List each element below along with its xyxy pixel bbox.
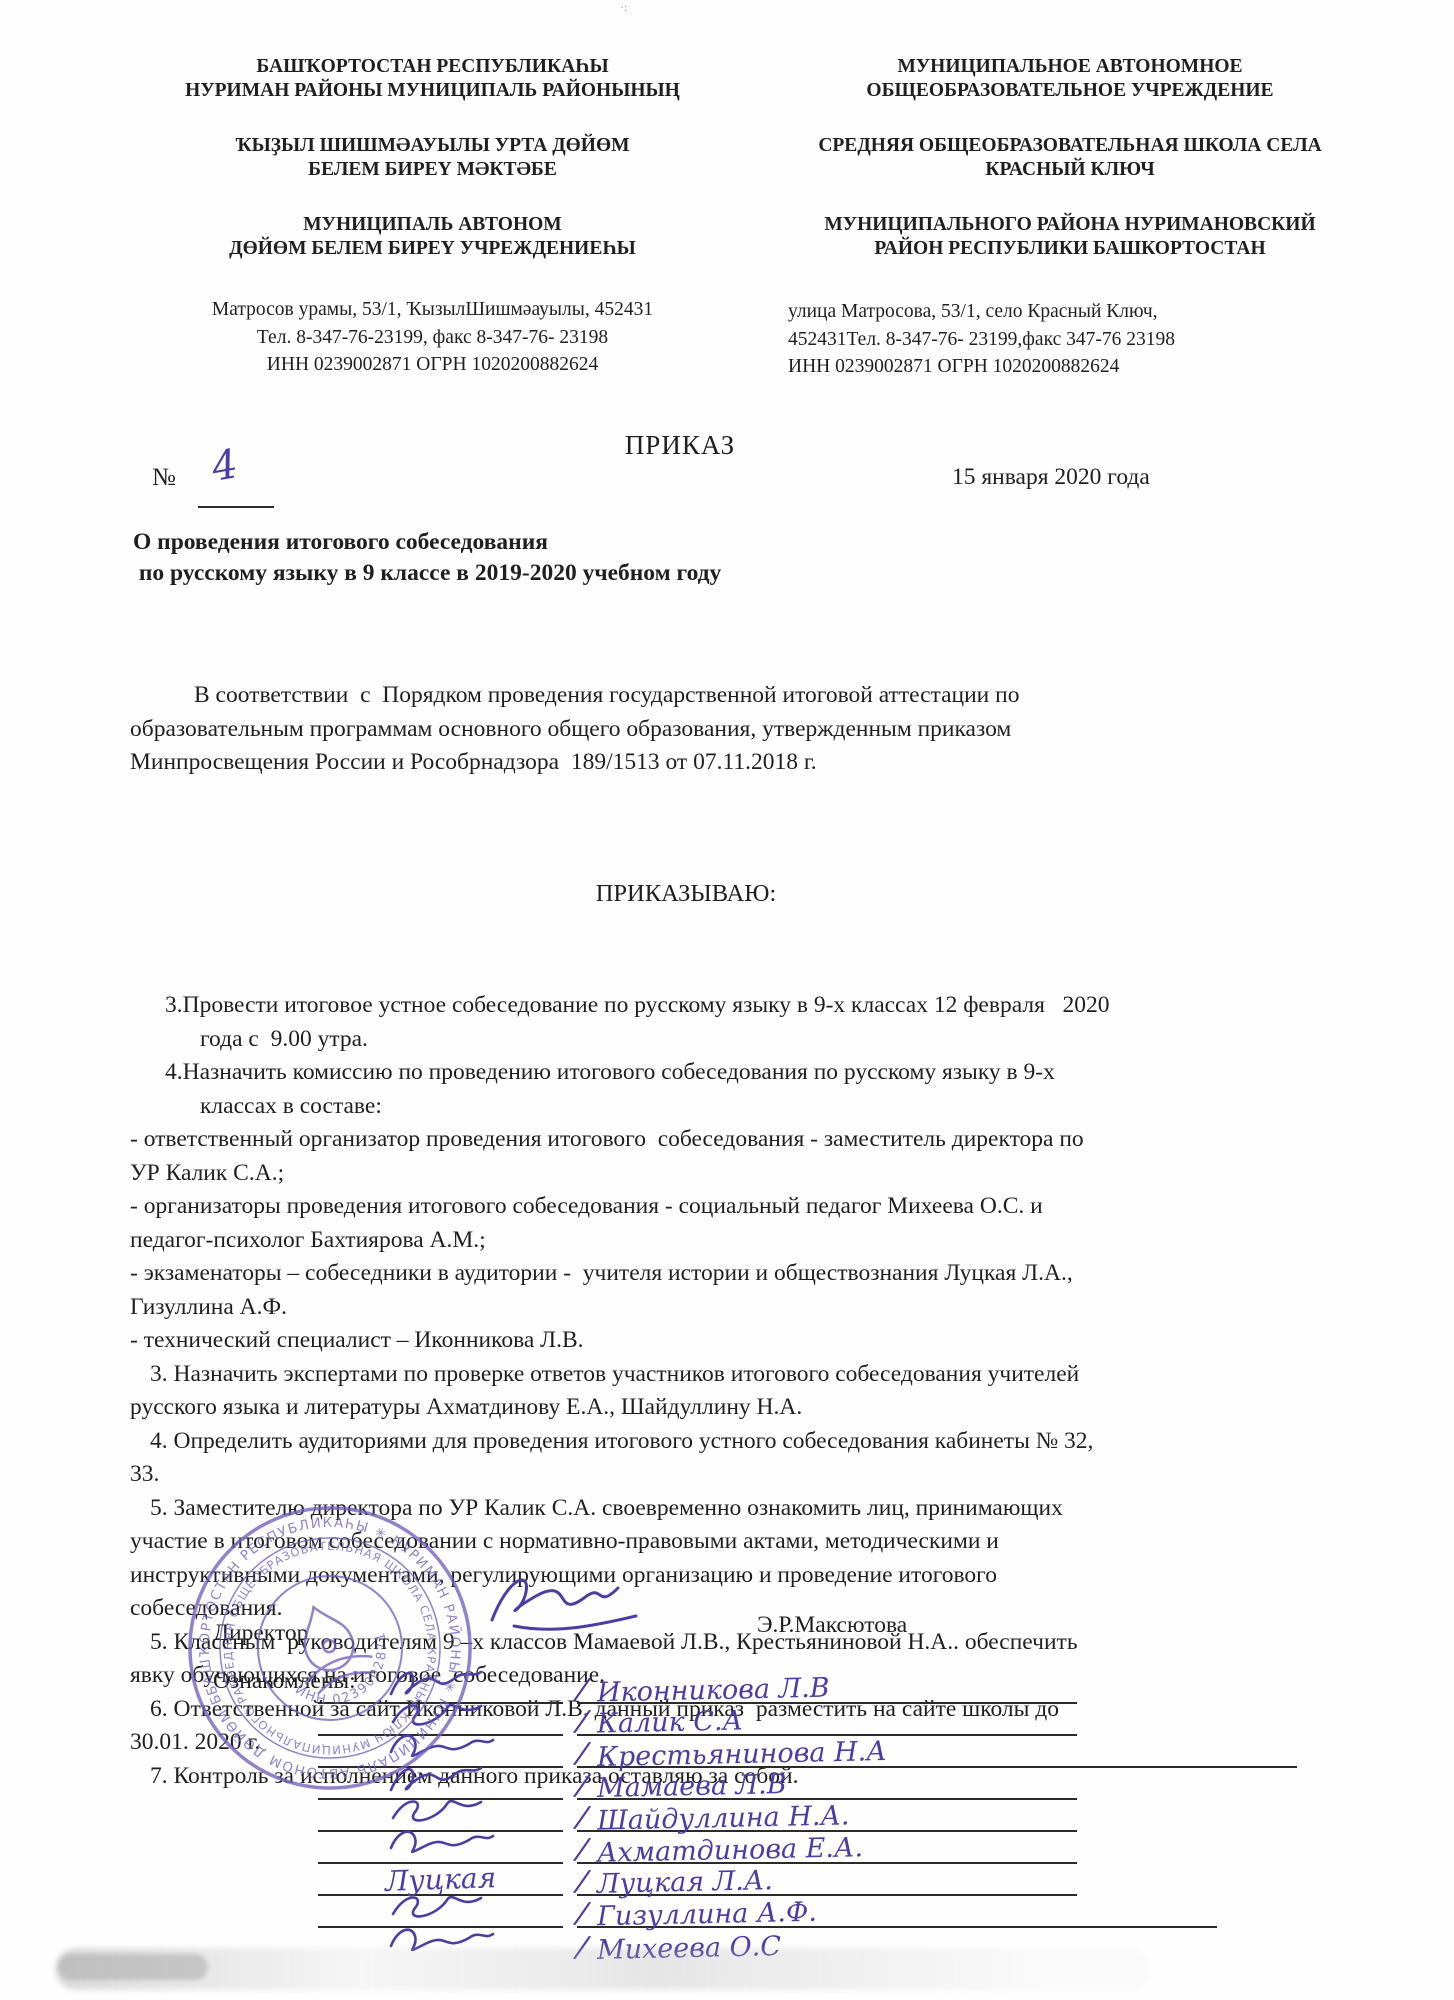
order-subject: О проведения итогового собеседования по … xyxy=(133,527,1033,589)
order-date: 15 января 2020 года xyxy=(952,464,1150,491)
order-intro: В соответствии с Порядком проведения гос… xyxy=(130,679,1382,780)
org-line: МУНИЦИПАЛЬ АВТОНОМ xyxy=(150,213,715,237)
ack-name-cell: /Гизуллина А.Ф. xyxy=(577,1902,1217,1928)
ack-signature-icon xyxy=(318,1824,563,1864)
order-item: - ответственный организатор проведения и… xyxy=(130,1123,1382,1190)
ack-name-cell: /Луцкая Л.А. xyxy=(577,1870,1077,1896)
address-line: ИНН 0239002871 ОГРН 1020200882624 xyxy=(150,351,715,379)
ack-name-cell: /Калик С.А xyxy=(577,1710,1077,1736)
ack-name-cell: /Иконникова Л.В xyxy=(577,1678,1077,1704)
ack-name-cell: /Мамаева Л.В xyxy=(577,1774,1077,1800)
org-line: ДӨЙӨМ БЕЛЕМ БИРЕҮ УЧРЕЖДЕНИЕҺЫ xyxy=(150,237,715,261)
address-line: Тел. 8-347-76-23199, факс 8-347-76- 2319… xyxy=(150,324,715,352)
org-line: МУНИЦИПАЛЬНОГО РАЙОНА НУРИМАНОВСКИЙ xyxy=(770,213,1370,237)
address-line: ИНН 0239002871 ОГРН 1020200882624 xyxy=(788,353,1378,381)
org-line: КРАСНЫЙ КЛЮЧ xyxy=(770,158,1370,182)
order-number-label: № xyxy=(152,464,176,492)
header-org-bashkir: БАШҠОРТОСТАН РЕСПУБЛИКАҺЫ НУРИМАН РАЙОНЫ… xyxy=(150,55,715,261)
order-item: - экзаменаторы – собеседники в аудитории… xyxy=(130,1257,1382,1324)
address-line: Матросов урамы, 53/1, ҠызылШишмәауылы, 4… xyxy=(150,296,715,324)
address-line: улица Матросова, 53/1, село Красный Ключ… xyxy=(788,298,1378,326)
org-line: СРЕДНЯЯ ОБЩЕОБРАЗОВАТЕЛЬНАЯ ШКОЛА СЕЛА xyxy=(770,134,1370,158)
ack-name-cell: /Ахматдинова Е.А. xyxy=(577,1838,1077,1864)
ack-row: /Шайдуллина Н.А. xyxy=(130,1800,1370,1832)
ack-name: Луцкая Л.А. xyxy=(597,1868,773,1898)
address-russian: улица Матросова, 53/1, село Красный Ключ… xyxy=(788,298,1378,381)
ack-separator: / xyxy=(575,1869,588,1894)
ack-separator: / xyxy=(575,1773,588,1798)
ack-row: /Иконникова Л.В xyxy=(130,1672,1370,1704)
ack-name: Шайдуллина Н.А. xyxy=(597,1803,850,1834)
org-line: РАЙОН РЕСПУБЛИКИ БАШКОРТОСТАН xyxy=(770,237,1370,261)
order-item: - организаторы проведения итогового собе… xyxy=(130,1190,1382,1257)
org-line: БЕЛЕМ БИРЕҮ МӘКТӘБЕ xyxy=(150,158,715,182)
ack-name: Калик С.А xyxy=(597,1708,743,1737)
director-label: Директор xyxy=(213,1620,308,1647)
order-item: - технический специалист – Иконникова Л.… xyxy=(130,1324,1382,1358)
ack-name: Мамаева Л.В xyxy=(597,1772,787,1802)
ack-separator: / xyxy=(575,1741,588,1766)
ack-row: /Гизуллина А.Ф. xyxy=(130,1896,1370,1928)
ack-name-cell: /Крестьянинова Н.А xyxy=(577,1742,1297,1768)
ack-name: Гизуллина А.Ф. xyxy=(597,1900,817,1931)
scan-smudge xyxy=(55,1948,1150,1990)
ack-name: Ахматдинова Е.А. xyxy=(597,1835,864,1867)
ack-row: /Мамаева Л.В xyxy=(130,1768,1370,1800)
scan-smudge-dark xyxy=(58,1954,208,1980)
scan-speck: ·: xyxy=(620,2,634,12)
ack-name-cell: /Шайдуллина Н.А. xyxy=(577,1806,1077,1832)
ack-name: Крестьянинова Н.А xyxy=(597,1739,887,1771)
ack-separator: / xyxy=(575,1805,588,1830)
org-line: ҠЫҘЫЛ ШИШМӘАУЫЛЫ УРТА ДӨЙӨМ xyxy=(150,134,715,158)
ack-row: /Крестьянинова Н.А xyxy=(130,1736,1370,1768)
ack-separator: / xyxy=(575,1677,588,1702)
order-item: 3.Провести итоговое устное собеседование… xyxy=(130,989,1382,1056)
order-item: 5. Заместителю директора по УР Калик С.А… xyxy=(130,1492,1382,1626)
scanned-order-document: БАШҠОРТОСТАН РЕСПУБЛИКАҺЫ НУРИМАН РАЙОНЫ… xyxy=(0,0,1454,2000)
ack-row: Луцкая/Луцкая Л.А. xyxy=(130,1864,1370,1896)
org-line: ОБЩЕОБРАЗОВАТЕЛЬНОЕ УЧРЕЖДЕНИЕ xyxy=(770,79,1370,103)
ack-separator: / xyxy=(575,1901,588,1926)
org-line: НУРИМАН РАЙОНЫ МУНИЦИПАЛЬ РАЙОНЫНЫҢ xyxy=(150,79,715,103)
resolution-heading: ПРИКАЗЫВАЮ: xyxy=(60,877,1312,911)
ack-rows: /Иконникова Л.В/Калик С.А/Крестьянинова … xyxy=(130,1672,1370,1960)
order-item: 3. Назначить экспертами по проверке отве… xyxy=(130,1358,1382,1425)
order-item: 4. Определить аудиториями для проведения… xyxy=(130,1425,1382,1492)
order-item: 4.Назначить комиссию по проведению итого… xyxy=(130,1056,1382,1123)
ack-separator: / xyxy=(575,1837,588,1862)
header-org-russian: МУНИЦИПАЛЬНОЕ АВТОНОМНОЕ ОБЩЕОБРАЗОВАТЕЛ… xyxy=(770,55,1370,261)
address-line: 452431Тел. 8-347-76- 23199,факс 347-76 2… xyxy=(788,326,1378,354)
order-number-underline xyxy=(198,506,274,508)
org-line: БАШҠОРТОСТАН РЕСПУБЛИКАҺЫ xyxy=(150,55,715,79)
ack-name: Иконникова Л.В xyxy=(597,1676,830,1707)
address-bashkir: Матросов урамы, 53/1, ҠызылШишмәауылы, 4… xyxy=(150,296,715,379)
ack-row: /Калик С.А xyxy=(130,1704,1370,1736)
ack-row: /Ахматдинова Е.А. xyxy=(130,1832,1370,1864)
director-signature-icon xyxy=(478,1566,658,1649)
org-line: МУНИЦИПАЛЬНОЕ АВТОНОМНОЕ xyxy=(770,55,1370,79)
director-name: Э.Р.Максютова xyxy=(757,1612,907,1639)
order-title: ПРИКАЗ xyxy=(60,430,1300,461)
ack-separator: / xyxy=(575,1709,588,1734)
